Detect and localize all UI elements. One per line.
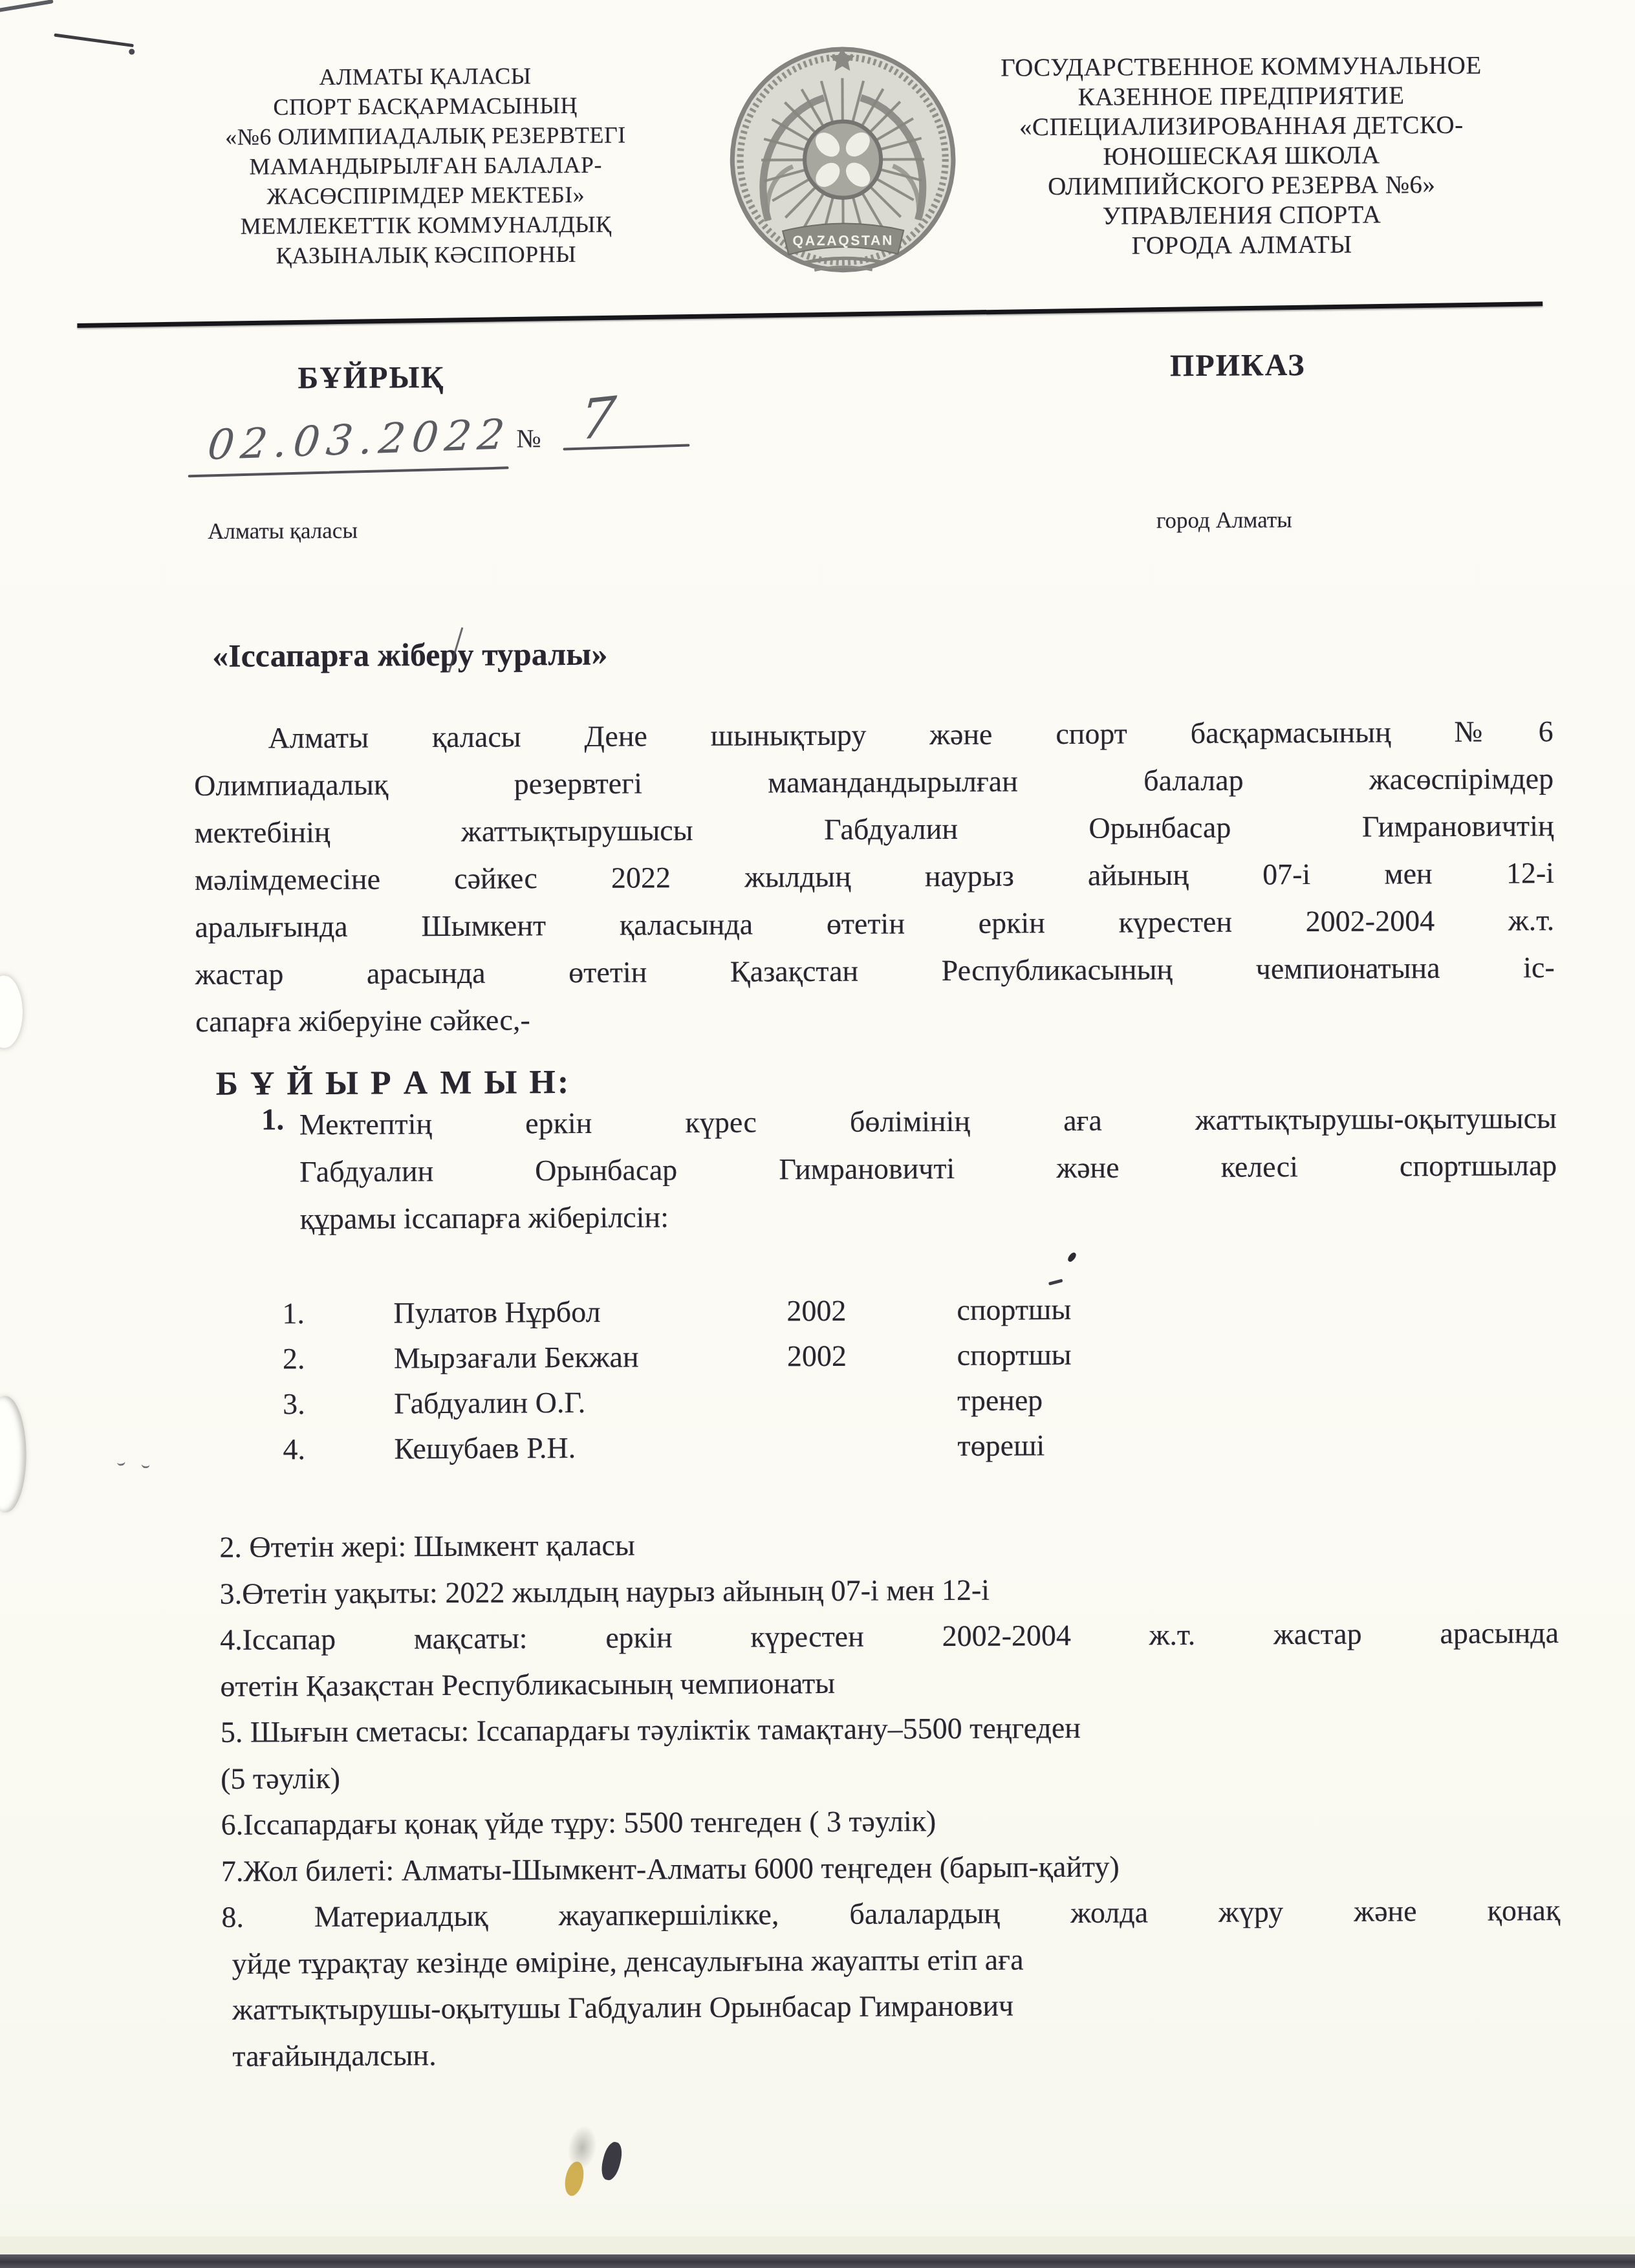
ink-mark-artifact <box>1067 1251 1077 1263</box>
roster-year <box>787 1378 957 1424</box>
handwritten-order-number: 7 <box>578 385 618 453</box>
order-item-line: жаттықтырушы-оқытушы Габдуалин Орынбасар… <box>222 1980 1561 2033</box>
roster-year: 2002 <box>786 1288 957 1334</box>
order-word-kazakh: БҰЙРЫҚ <box>290 360 452 396</box>
staple-dot-artifact <box>129 49 135 55</box>
order-item-1-number: 1. <box>261 1102 285 1137</box>
whiteout-blob-artifact <box>0 1396 27 1512</box>
order-word-russian: ПРИКАЗ <box>1157 347 1319 383</box>
roster-num: 1. <box>282 1290 393 1336</box>
order-item-line: (5 тәулік) <box>221 1749 1559 1802</box>
order-item-line: өтетін Қазақстан Республикасының чемпион… <box>220 1656 1559 1709</box>
seven-cross-stroke <box>0 0 54 13</box>
roster-row: 2.Мырзағали Бекжан2002спортшы <box>283 1332 1072 1381</box>
text-line: ЮНОШЕСКАЯ ШКОЛА <box>962 140 1521 173</box>
staple-mark-artifact <box>54 34 134 48</box>
whiteout-blob-artifact <box>0 975 23 1048</box>
org-name-kazakh: АЛМАТЫ ҚАЛАСЫСПОРТ БАСҚАРМАСЫНЫҢ«№6 ОЛИМ… <box>182 60 669 271</box>
roster-row: 1.Пулатов Нұрбол2002спортшы <box>282 1287 1071 1336</box>
scanner-edge-band <box>0 2236 1635 2256</box>
header-divider <box>77 301 1543 328</box>
text-line: ГОСУДАРСТВЕННОЕ КОММУНАЛЬНОЕ <box>961 50 1521 83</box>
scan-content: АЛМАТЫ ҚАЛАСЫСПОРТ БАСҚАРМАСЫНЫҢ«№6 ОЛИМ… <box>0 0 1635 2268</box>
order-item-line: 5. Шығын сметасы: Іссапардағы тәуліктік … <box>221 1702 1559 1755</box>
roster-role: спортшы <box>957 1287 1071 1333</box>
order-item-line: 8. Материалдық жауапкершілікке, балалард… <box>221 1887 1560 1940</box>
order-item-1-text: Мектептің еркін күрес бөлімінің аға жатт… <box>299 1094 1557 1242</box>
text-line: құрамы іссапарға жіберілсін: <box>299 1189 1557 1242</box>
text-line: Мектептің еркін күрес бөлімінің аға жатт… <box>299 1094 1557 1148</box>
kazakhstan-coat-of-arms: QAZAQSTAN <box>724 37 962 275</box>
order-item-line: уйде тұрақтау кезінде өміріне, денсаулығ… <box>222 1934 1561 1987</box>
scanned-order-document: АЛМАТЫ ҚАЛАСЫСПОРТ БАСҚАРМАСЫНЫҢ«№6 ОЛИМ… <box>0 0 1635 2268</box>
text-line: мектебінің жаттықтырушысы Габдуалин Орын… <box>194 802 1554 856</box>
athlete-roster: 1.Пулатов Нұрбол2002спортшы2.Мырзағали Б… <box>282 1287 1072 1472</box>
emblem-banner-text: QAZAQSTAN <box>792 233 894 249</box>
text-line: Габдуалин Орынбасар Гимрановичті және ке… <box>299 1141 1557 1195</box>
org-name-russian: ГОСУДАРСТВЕННОЕ КОММУНАЛЬНОЕКАЗЕННОЕ ПРЕ… <box>961 50 1522 262</box>
text-line: ЖАСӨСПІРІМДЕР МЕКТЕБІ» <box>182 179 669 211</box>
roster-name: Кешубаев Р.Н. <box>394 1424 787 1471</box>
roster-num: 2. <box>283 1335 394 1381</box>
text-line: Алматы қаласы Дене шынықтыру және спорт … <box>194 707 1554 762</box>
roster-role: спортшы <box>957 1332 1072 1378</box>
roster-year: 2002 <box>787 1333 957 1379</box>
roster-role: төреші <box>957 1423 1072 1469</box>
text-line: ОЛИМПИЙСКОГО РЕЗЕРВА №6» <box>962 169 1521 202</box>
text-line: мәлімдемесіне сәйкес 2022 жылдың наурыз … <box>195 849 1554 903</box>
text-line: аралығында Шымкент қаласында өтетін еркі… <box>195 896 1554 951</box>
text-line: УПРАВЛЕНИЯ СПОРТА <box>962 199 1521 232</box>
number-sign: № <box>516 423 541 453</box>
text-line: ҚАЗЫНАЛЫҚ КӘСІПОРНЫ <box>183 239 669 271</box>
order-item-line: 4.Іссапар мақсаты: еркін күрестен 2002-2… <box>220 1610 1559 1663</box>
roster-name: Габдуалин О.Г. <box>394 1379 787 1426</box>
roster-name: Мырзағали Бекжан <box>394 1334 787 1381</box>
handwritten-date: 02.03.2022 <box>206 411 514 470</box>
emblem-graphic: QAZAQSTAN <box>724 37 962 275</box>
text-line: СПОРТ БАСҚАРМАСЫНЫҢ <box>182 90 669 122</box>
text-line: МАМАНДЫРЫЛҒАН БАЛАЛАР- <box>182 149 669 182</box>
order-items: 2. Өтетін жері: Шымкент қаласы3.Өтетін у… <box>219 1517 1561 2079</box>
smudge-artifact <box>599 2140 625 2182</box>
place-russian: город Алматы <box>1156 507 1292 534</box>
roster-row: 3.Габдуалин О.Г.тренер <box>283 1377 1072 1427</box>
roster-role: тренер <box>957 1377 1072 1423</box>
order-item-line: 7.Жол билеті: Алматы-Шымкент-Алматы 6000… <box>221 1841 1560 1894</box>
text-line: МЕМЛЕКЕТТІК КОММУНАЛДЫҚ <box>183 209 669 241</box>
text-line: жастар арасында өтетін Қазақстан Республ… <box>195 944 1555 998</box>
scanner-edge-bar <box>0 2254 1635 2268</box>
order-item-line: тағайындалсын. <box>222 2026 1561 2079</box>
subject-title: «Іссапарға жіберу туралы» <box>212 635 607 675</box>
text-line: АЛМАТЫ ҚАЛАСЫ <box>182 60 668 92</box>
resolution-word: Б Ұ Й Ы Р А М Ы Н: <box>215 1063 570 1103</box>
roster-num: 3. <box>283 1381 394 1427</box>
text-line: «СПЕЦИАЛИЗИРОВАННАЯ ДЕТСКО- <box>962 110 1521 143</box>
roster-name: Пулатов Нұрбол <box>393 1288 786 1335</box>
order-item-line: 3.Өтетін уақыты: 2022 жылдың наурыз айын… <box>220 1564 1559 1617</box>
text-line: «№6 ОЛИМПИАДАЛЫҚ РЕЗЕРВТЕГІ <box>182 120 669 152</box>
order-item-line: 2. Өтетін жері: Шымкент қаласы <box>219 1517 1558 1570</box>
roster-row: 4.Кешубаев Р.Н.төреші <box>283 1423 1072 1472</box>
preamble: Алматы қаласы Дене шынықтыру және спорт … <box>194 707 1555 1045</box>
tiny-pen-marks-artifact <box>117 1456 162 1473</box>
text-line: ГОРОДА АЛМАТЫ <box>962 229 1522 262</box>
text-line: КАЗЕННОЕ ПРЕДПРИЯТИЕ <box>961 80 1521 113</box>
text-line: сапарға жіберуіне сәйкес,- <box>195 991 1555 1045</box>
order-item-line: 6.Іссапардағы қонақ үйде тұру: 5500 тенг… <box>221 1795 1559 1848</box>
place-kazakh: Алматы қаласы <box>208 518 358 545</box>
text-line: Олимпиадалық резервтегі мамандандырылған… <box>194 755 1554 809</box>
smudge-artifact <box>565 2123 600 2172</box>
roster-num: 4. <box>283 1426 394 1472</box>
ink-mark-artifact <box>1048 1279 1063 1285</box>
roster-year <box>787 1423 957 1469</box>
